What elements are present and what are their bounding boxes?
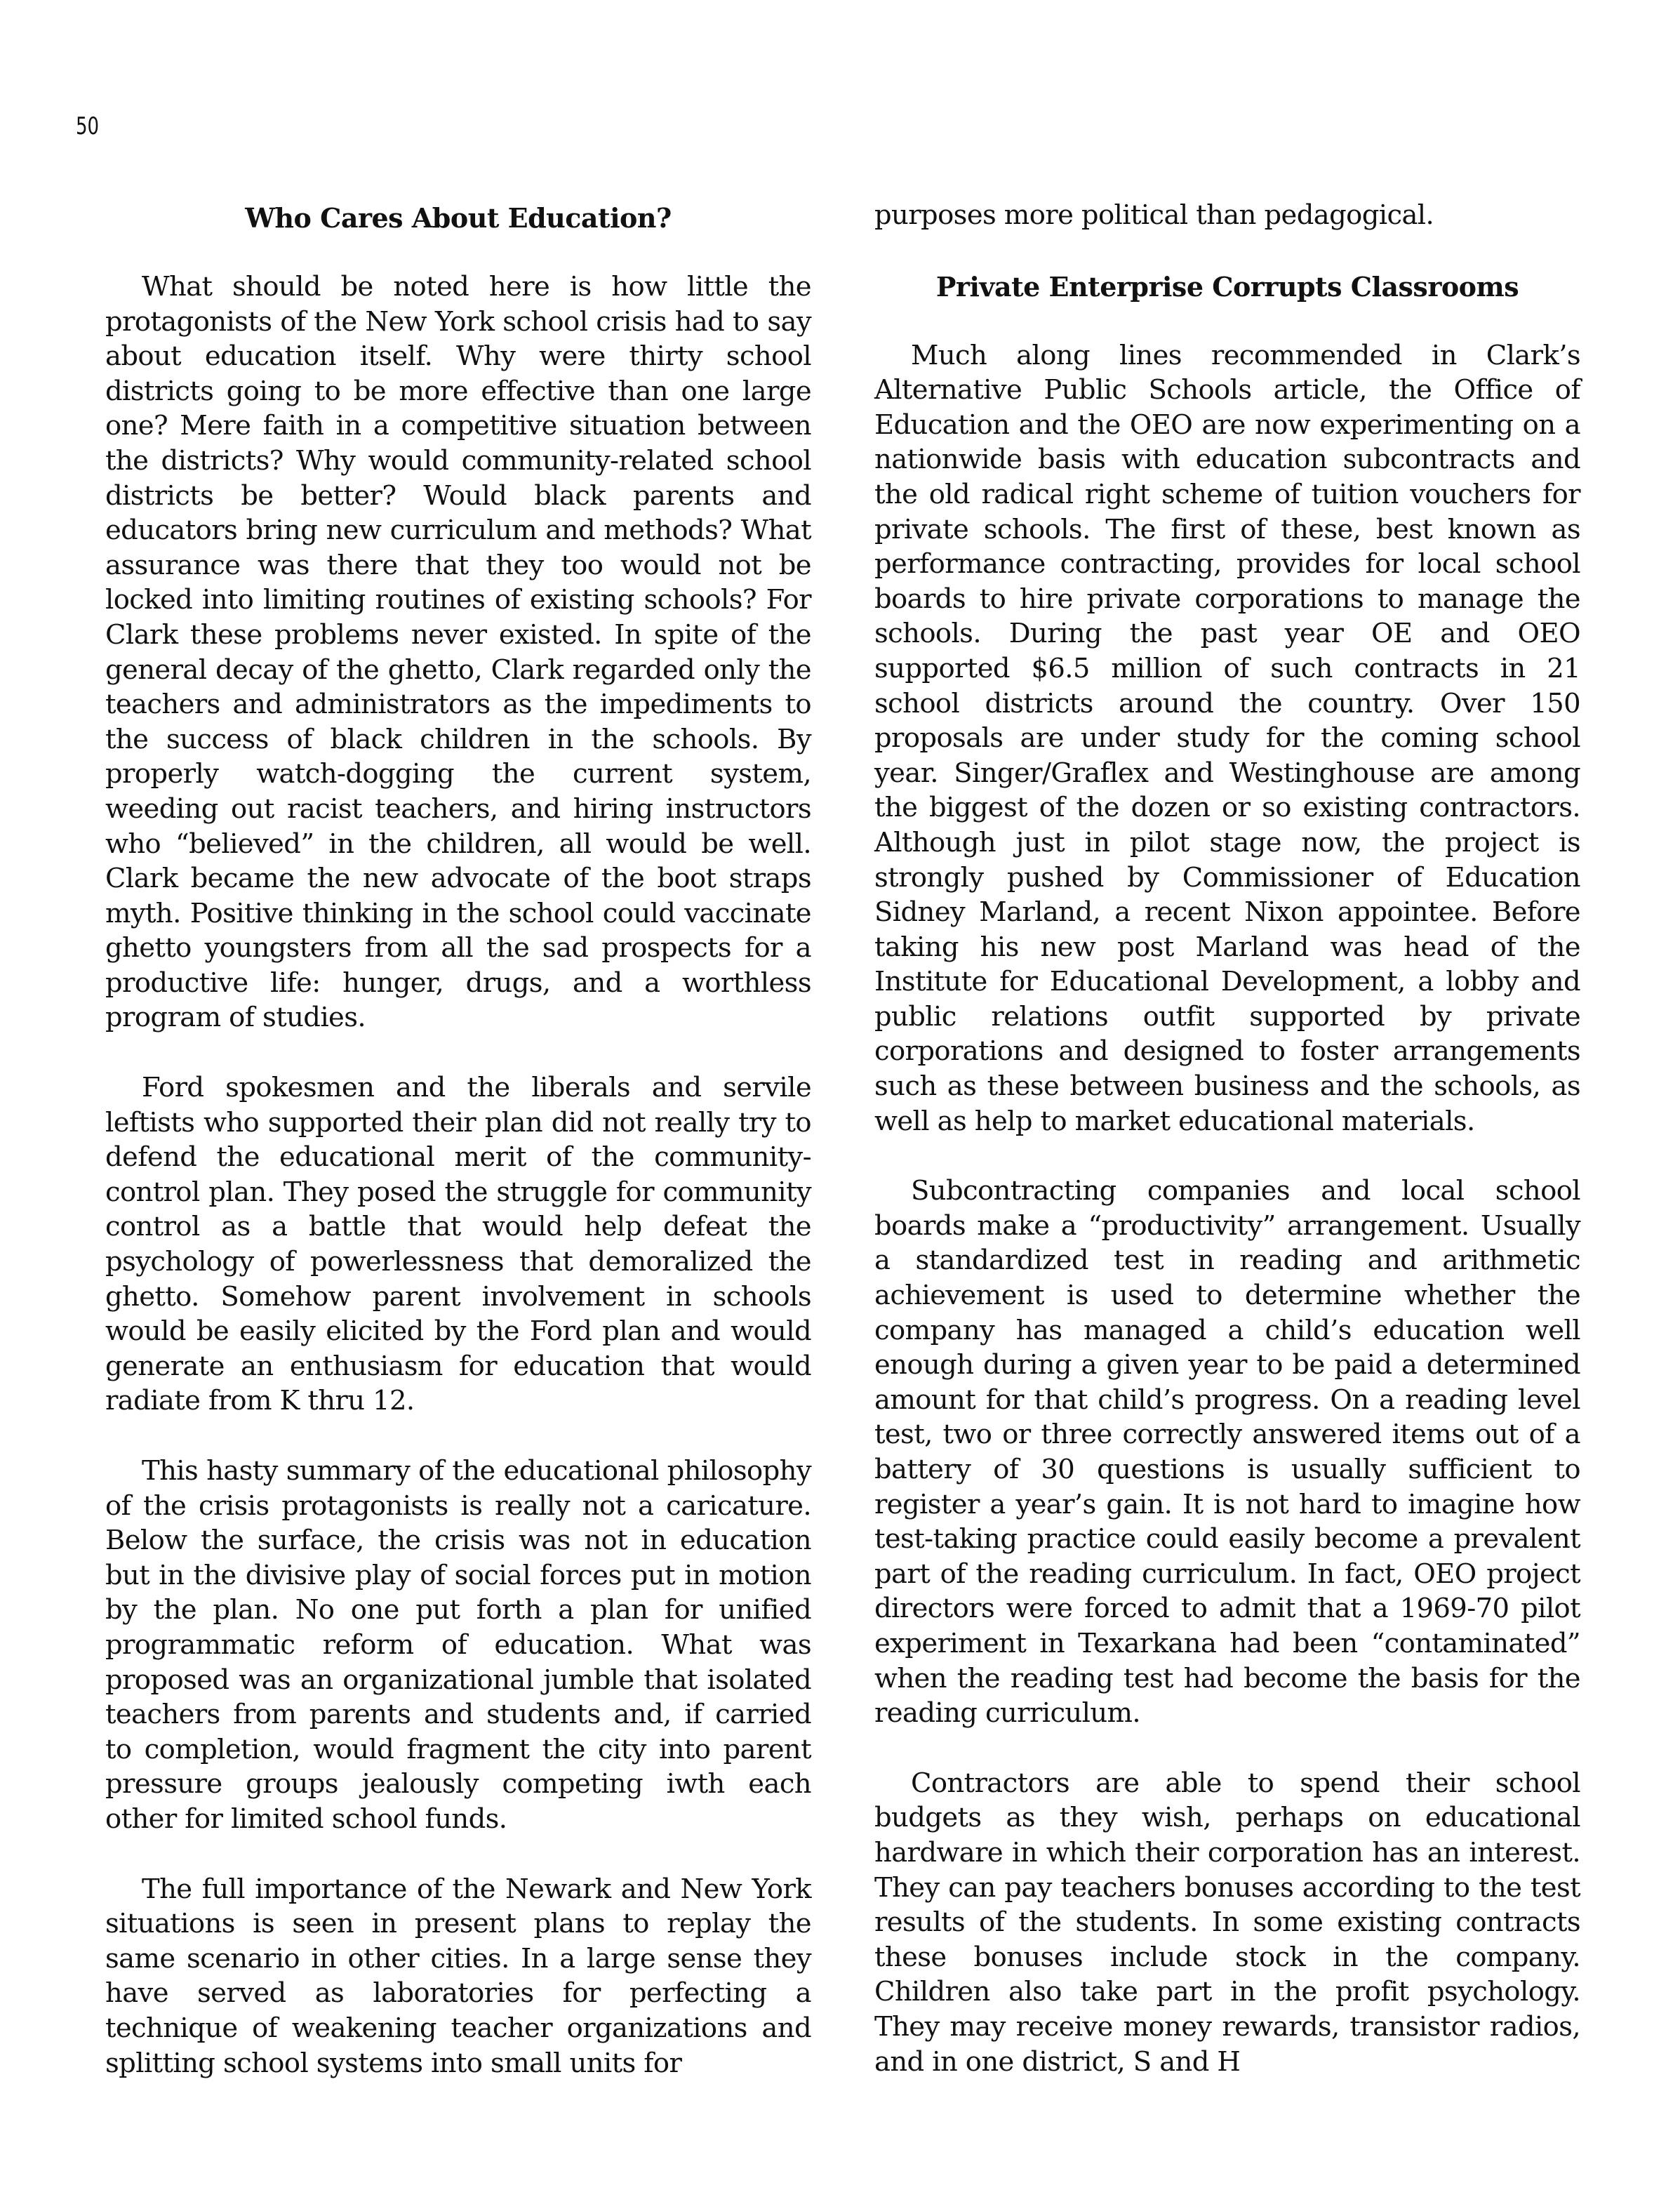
paragraph: Ford spokesmen and the liberals and serv… (105, 1070, 811, 1419)
page-number: 50 (76, 112, 99, 140)
section-heading-private-enterprise: Private Enterprise Corrupts Classrooms (874, 270, 1580, 305)
right-column: purposes more political than pedagogical… (874, 198, 1580, 2114)
paragraph: Much along lines recommended in Clark’s … (874, 338, 1580, 1139)
paragraph: Contractors are able to spend their scho… (874, 1766, 1580, 2079)
left-column: Who Cares About Education? What should b… (105, 198, 811, 2116)
paragraph: Subcontracting companies and local schoo… (874, 1174, 1580, 1731)
paragraph-continuation: purposes more political than pedagogical… (874, 198, 1580, 233)
paragraph: This hasty summary of the educational ph… (105, 1454, 811, 1837)
section-heading-who-cares: Who Cares About Education? (105, 201, 811, 236)
paragraph: The full importance of the Newark and Ne… (105, 1872, 811, 2081)
paragraph: What should be noted here is how little … (105, 270, 811, 1035)
